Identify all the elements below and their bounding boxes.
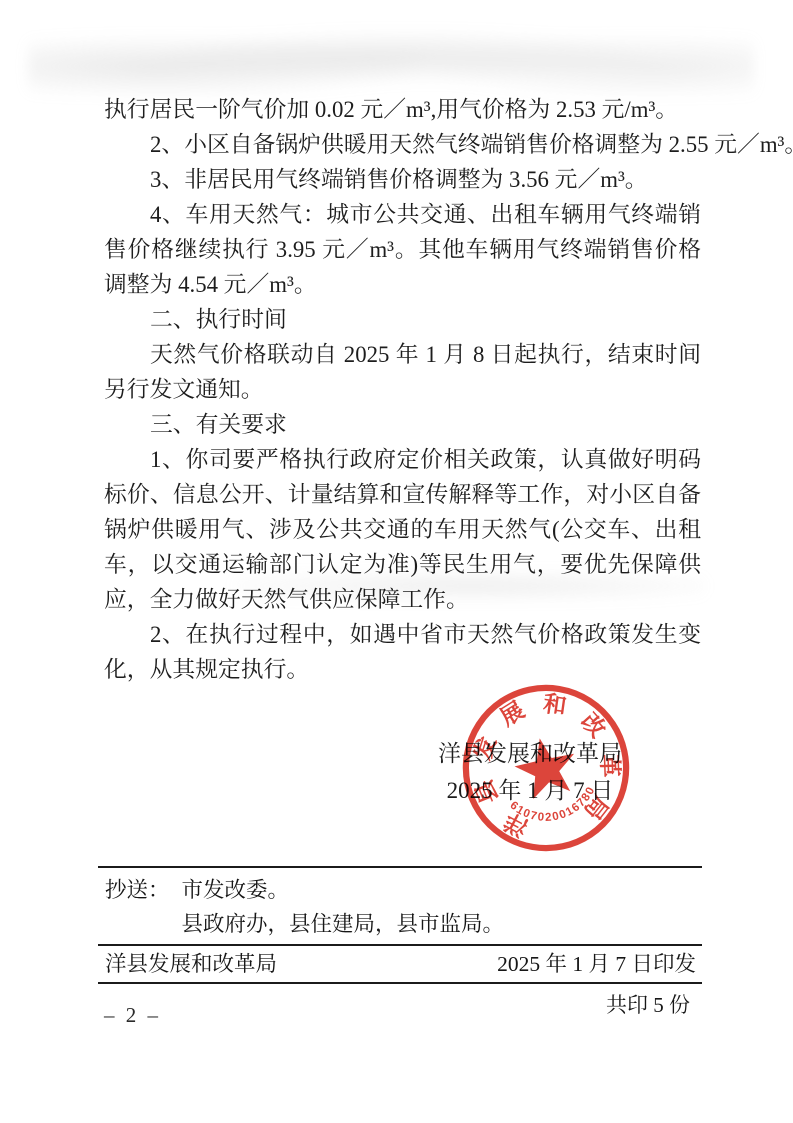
seal-char: 和 <box>542 690 569 719</box>
issue-section: 洋县发展和改革局 2025 年 1 月 7 日印发 <box>98 946 702 982</box>
paragraph-continuation: 执行居民一阶气价加 0.02 元／m³,用气价格为 2.53 元/m³。 <box>104 92 701 127</box>
issuer-name: 洋县发展和改革局 <box>105 946 277 982</box>
paragraph: 2、小区自备锅炉供暖用天然气终端销售价格调整为 2.55 元／m³。 <box>104 127 701 162</box>
seal-char: 革 <box>597 754 624 778</box>
section-heading: 二、执行时间 <box>104 302 701 337</box>
document-page: 执行居民一阶气价加 0.02 元／m³,用气价格为 2.53 元/m³。 2、小… <box>0 0 793 1123</box>
paragraph: 天然气价格联动自 2025 年 1 月 8 日起执行，结束时间另行发文通知。 <box>104 337 701 407</box>
page-number: – 2 – <box>104 1003 161 1028</box>
section-heading: 三、有关要求 <box>104 407 701 442</box>
cc-section: 抄送： 市发改委。 县政府办，县住建局，县市监局。 <box>98 868 702 944</box>
paragraph: 4、车用天然气：城市公共交通、出租车辆用气终端销售价格继续执行 3.95 元／m… <box>104 197 701 302</box>
paragraph: 3、非居民用气终端销售价格调整为 3.56 元／m³。 <box>104 162 701 197</box>
issue-date: 2025 年 1 月 7 日印发 <box>497 946 696 982</box>
paragraph: 1、你司要严格执行政府定价相关政策，认真做好明码标价、信息公开、计量结算和宣传解… <box>104 442 701 617</box>
cc-recipient-line: 市发改委。 <box>182 873 696 907</box>
seal-graphic: 洋 县 发 展 和 改 革 局 6107020016780 <box>440 662 651 873</box>
star-icon <box>510 732 582 801</box>
cc-recipient-line: 县政府办，县住建局，县市监局。 <box>182 907 696 941</box>
official-seal: 洋 县 发 展 和 改 革 局 6107020016780 <box>440 662 651 873</box>
document-body: 执行居民一阶气价加 0.02 元／m³,用气价格为 2.53 元/m³。 2、小… <box>104 92 701 687</box>
ink-bleed-artifact <box>28 30 754 96</box>
cc-label: 抄送： <box>105 873 170 941</box>
document-footer: 抄送： 市发改委。 县政府办，县住建局，县市监局。 洋县发展和改革局 2025 … <box>98 866 702 1020</box>
seal-char: 发 <box>469 733 501 763</box>
copies-count: 共印 5 份 <box>98 984 702 1020</box>
